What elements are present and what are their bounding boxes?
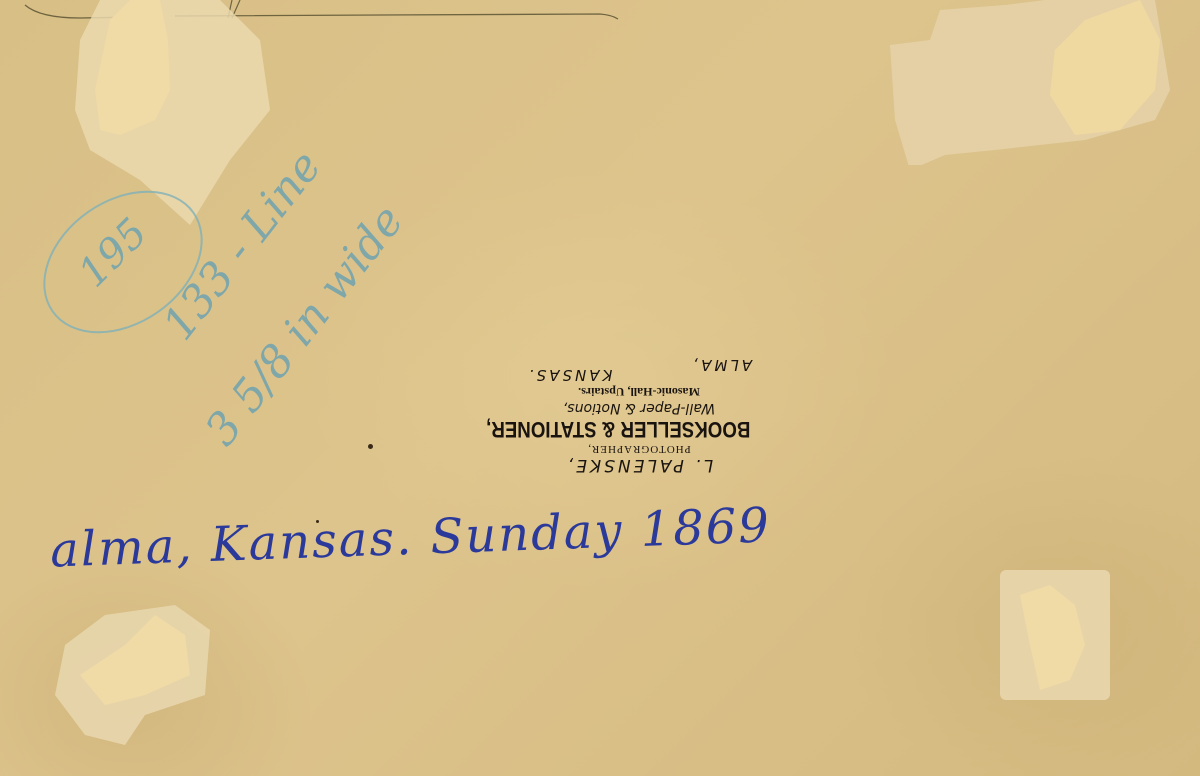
- glue-patch-bottom-right: [995, 565, 1120, 705]
- ink-inscription: alma, Kansas. Sunday 1869: [49, 497, 772, 578]
- stamp-profession: PHOTOGRAPHER,: [508, 442, 770, 455]
- stamp-town: ALMA,: [690, 356, 752, 374]
- glue-patch-top-right: [885, 0, 1175, 165]
- stamp-location: ALMA, KANSAS.: [508, 356, 770, 384]
- glue-patch-bottom-left: [45, 595, 225, 745]
- stamp-name: L. PALENSKE,: [508, 455, 770, 475]
- stamp-address: Masonic-Hall, Upstairs.: [508, 384, 770, 399]
- card-back: L. PALENSKE, PHOTOGRAPHER, BOOKSELLER & …: [0, 0, 1200, 776]
- stamp-business: BOOKSELLER & STATIONER,: [528, 416, 751, 442]
- stamp-state: KANSAS.: [526, 356, 612, 384]
- stamp-goods: Wall-Paper & Notions,: [508, 399, 770, 416]
- photographer-stamp: L. PALENSKE, PHOTOGRAPHER, BOOKSELLER & …: [508, 325, 770, 475]
- stain-spot: [368, 444, 373, 449]
